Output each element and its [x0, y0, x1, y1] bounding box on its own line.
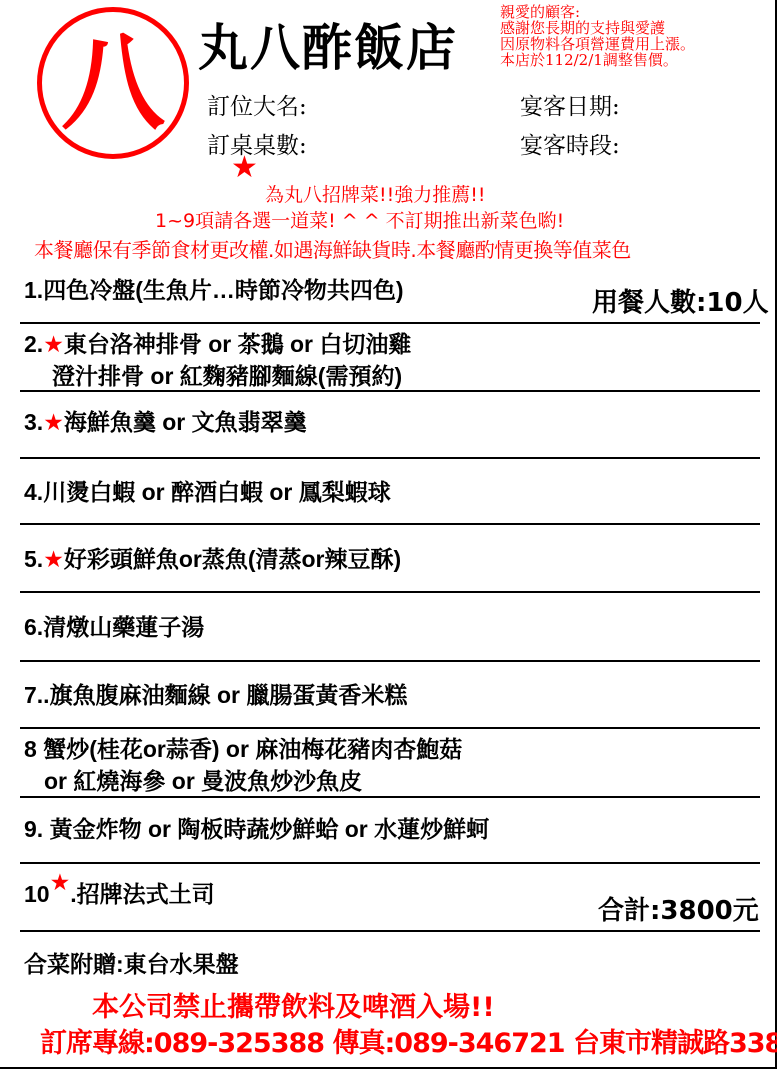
menu-item-4: 4.川燙白蝦 or 醉酒白蝦 or 鳳梨蝦球: [24, 474, 391, 507]
item-text: 黃金炸物 or 陶板時蔬炒鮮蛤 or 水蓮炒鮮蚵: [50, 816, 490, 842]
menu-item-5: 5.★好彩頭鮮魚or蒸魚(清蒸or辣豆酥): [24, 541, 401, 574]
menu-item-1: 1.四色冷盤(生魚片…時節冷物共四色): [24, 272, 404, 305]
restaurant-title: 丸八酢飯店: [198, 8, 458, 80]
star-icon: ★: [43, 331, 64, 357]
menu-item-7: 7..旗魚腹麻油麵線 or 臘腸蛋黃香米糕: [24, 677, 407, 710]
item-text: .招牌法式土司: [70, 881, 214, 907]
star-icon: ★: [50, 869, 71, 895]
divider: [20, 322, 760, 324]
divider: [20, 796, 760, 798]
menu-item-9: 9. 黃金炸物 or 陶板時蔬炒鮮蛤 or 水蓮炒鮮蚵: [24, 811, 489, 844]
divider: [20, 862, 760, 864]
item-number: 5.: [24, 546, 43, 572]
reservation-name-label: 訂位大名:: [207, 88, 307, 121]
item-number: 10: [24, 881, 50, 907]
outside-drink-policy: 本公司禁止攜帶飲料及啤酒入場!!: [92, 985, 495, 1024]
disclaimer: 本餐廳保有季節食材更改權.如遇海鮮缺貨時.本餐廳酌情更換等值菜色: [34, 234, 631, 263]
star-icon: ★: [231, 153, 258, 183]
divider: [20, 523, 760, 525]
menu-item-3: 3.★海鮮魚羹 or 文魚翡翠羹: [24, 404, 307, 437]
item-text: 旗魚腹麻油麵線 or 臘腸蛋黃香米糕: [50, 682, 408, 708]
divider: [20, 660, 760, 662]
item-number: 1.: [24, 277, 43, 303]
item-text: 東台洛神排骨 or 茶鵝 or 白切油雞: [64, 331, 412, 357]
diners-count: 用餐人數:10人: [592, 282, 769, 319]
item-number: 2.: [24, 331, 43, 357]
star-icon: ★: [43, 409, 64, 435]
item-text: 蟹炒(桂花or蒜香) or 麻油梅花豬肉杏鮑菇: [43, 736, 462, 762]
price-notice: 親愛的顧客: 感謝您長期的支持與愛護 因原物料各項營運費用上漲。 本店於112/…: [500, 4, 695, 68]
menu-item-8: 8 蟹炒(桂花or蒜香) or 麻油梅花豬肉杏鮑菇: [24, 731, 462, 764]
item-text: 海鮮魚羹 or 文魚翡翠羹: [64, 409, 307, 435]
notice-line: 親愛的顧客:: [500, 4, 695, 20]
notice-line: 本店於112/2/1調整售價。: [500, 52, 695, 68]
divider: [20, 930, 760, 932]
notice-line: 感謝您長期的支持與愛護: [500, 20, 695, 36]
contact-info: 訂席專線:089-325388 傳真:089-346721 台東市精誠路338號: [40, 1021, 777, 1060]
menu-item-2: 2.★東台洛神排骨 or 茶鵝 or 白切油雞: [24, 326, 411, 359]
item-text: 四色冷盤(生魚片…時節冷物共四色): [43, 277, 403, 303]
banquet-date-label: 宴客日期:: [520, 88, 620, 121]
menu-item-8-line-2: or 紅燒海參 or 曼波魚炒沙魚皮: [44, 763, 362, 796]
notice-line: 因原物料各項營運費用上漲。: [500, 36, 695, 52]
logo-seal: 八: [37, 7, 189, 159]
item-number: 7..: [24, 682, 50, 708]
total-price: 合計:3800元: [598, 890, 759, 927]
divider: [20, 727, 760, 729]
menu-item-10: 10★.招牌法式土司: [24, 876, 215, 909]
logo-char: 八: [42, 12, 184, 154]
instruction: 1~9項請各選一道菜! ^ ^ 不訂期推出新菜色喲!: [155, 206, 564, 233]
item-number: 6.: [24, 614, 43, 640]
menu-item-2-line-2: 澄汁排骨 or 紅麴豬腳麵線(需預約): [52, 358, 402, 391]
banquet-time-label: 宴客時段:: [520, 127, 620, 160]
divider: [20, 457, 760, 459]
star-legend: 為丸八招牌菜!!強力推薦!!: [265, 180, 485, 207]
item-text: 川燙白蝦 or 醉酒白蝦 or 鳳梨蝦球: [43, 479, 391, 505]
divider: [20, 591, 760, 593]
gift-note: 合菜附贈:東台水果盤: [24, 946, 239, 979]
divider: [20, 390, 760, 392]
item-number: 4.: [24, 479, 43, 505]
item-text: 好彩頭鮮魚or蒸魚(清蒸or辣豆酥): [64, 546, 401, 572]
menu-item-6: 6.清燉山藥蓮子湯: [24, 609, 204, 642]
item-text: 清燉山藥蓮子湯: [43, 614, 204, 640]
item-number: 3.: [24, 409, 43, 435]
star-icon: ★: [43, 546, 64, 572]
item-number: 8: [24, 736, 37, 762]
item-number: 9.: [24, 816, 43, 842]
